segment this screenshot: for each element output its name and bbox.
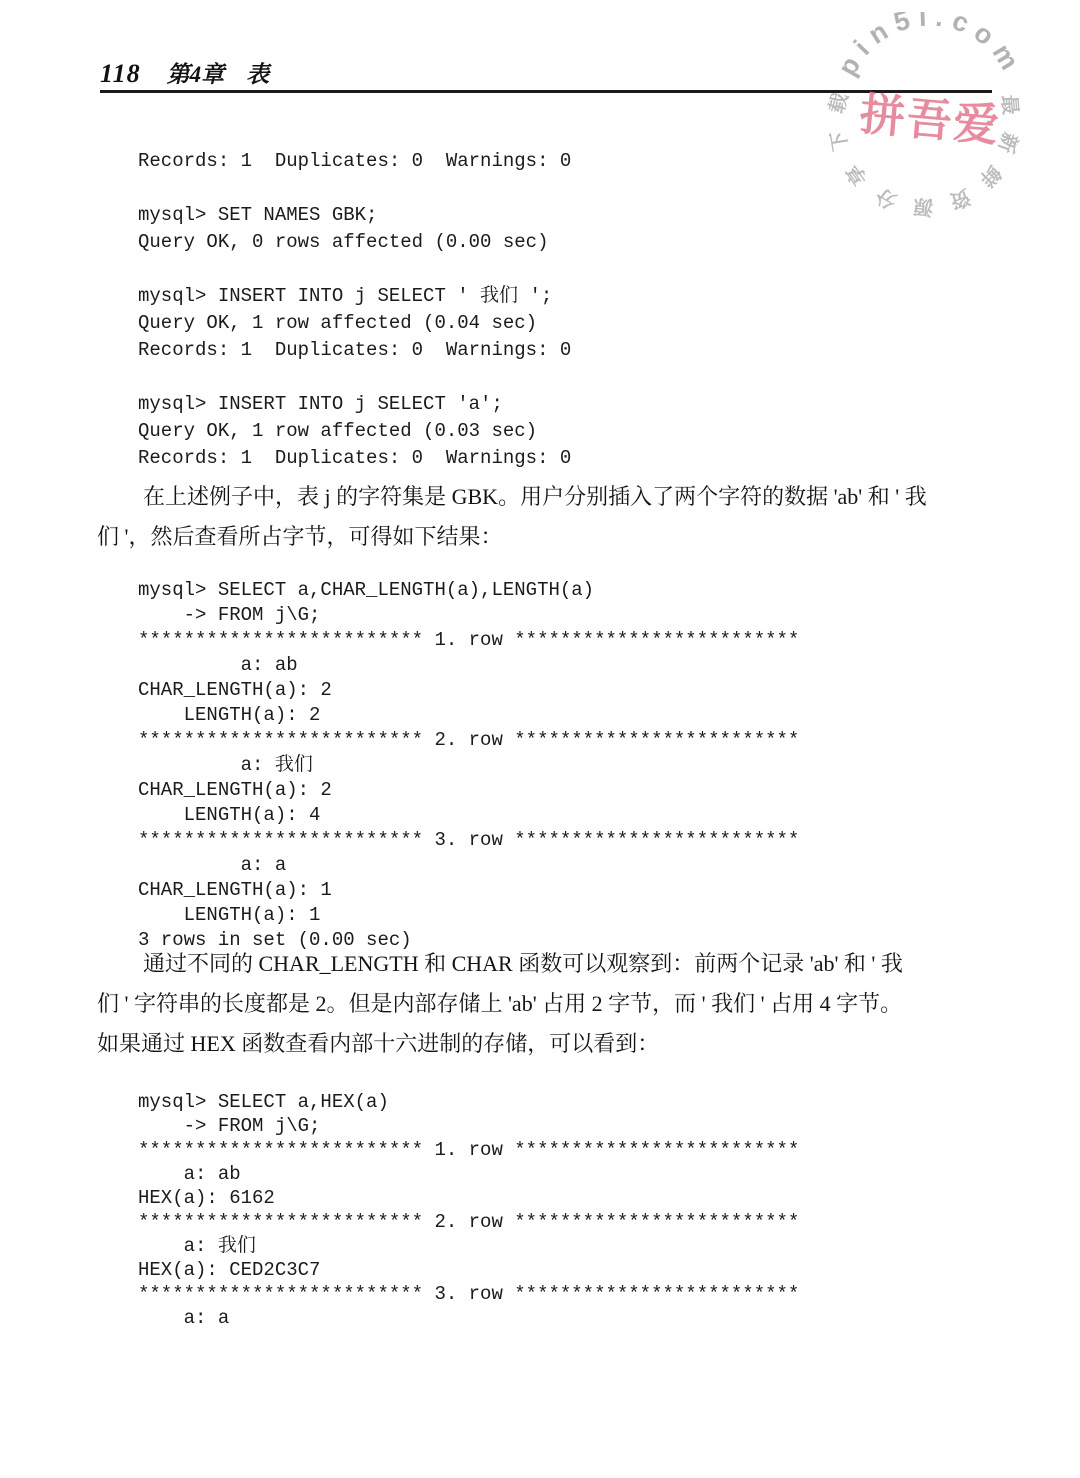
paragraph-hex-intro: 通过不同的 CHAR_LENGTH 和 CHAR 函数可以观察到：前两个记录 '…	[97, 944, 993, 1064]
code-block-insert-output: Records: 1 Duplicates: 0 Warnings: 0 mys…	[138, 148, 571, 472]
paragraph-line: 们 ' 字符串的长度都是 2。但是内部存储上 'ab' 占用 2 字节，而 ' …	[97, 984, 993, 1024]
header-rule	[100, 90, 992, 93]
code-block-char-length-output: mysql> SELECT a,CHAR_LENGTH(a),LENGTH(a)…	[138, 578, 799, 953]
paragraph-line: 在上述例子中，表 j 的字符集是 GBK。用户分别插入了两个字符的数据 'ab'…	[97, 477, 993, 517]
page-header: 118第4章表	[100, 56, 269, 89]
paragraph-line: 们 '，然后查看所占字节，可得如下结果：	[97, 517, 993, 557]
section-label: 表	[246, 62, 269, 87]
code-block-hex-output: mysql> SELECT a,HEX(a) -> FROM j\G; ****…	[138, 1090, 799, 1330]
watermark-ring-text: 最新鲜资源分享下载站	[808, 12, 1023, 219]
book-page: 118第4章表 pin5i.com 最新鲜资源分享下载站 拼吾爱 Records…	[0, 0, 1080, 1478]
chapter-label: 第4章	[167, 62, 225, 87]
paragraph-charset-intro: 在上述例子中，表 j 的字符集是 GBK。用户分别插入了两个字符的数据 'ab'…	[97, 477, 993, 557]
paragraph-line: 如果通过 HEX 函数查看内部十六进制的存储，可以看到：	[97, 1024, 993, 1064]
paragraph-line: 通过不同的 CHAR_LENGTH 和 CHAR 函数可以观察到：前两个记录 '…	[97, 944, 993, 984]
watermark-stamp: pin5i.com 最新鲜资源分享下载站 拼吾爱	[808, 12, 1078, 232]
page-number: 118	[100, 59, 141, 88]
watermark-brand-text: 拼吾爱	[858, 89, 1003, 151]
watermark-site-arc: pin5i.com	[832, 12, 1029, 82]
